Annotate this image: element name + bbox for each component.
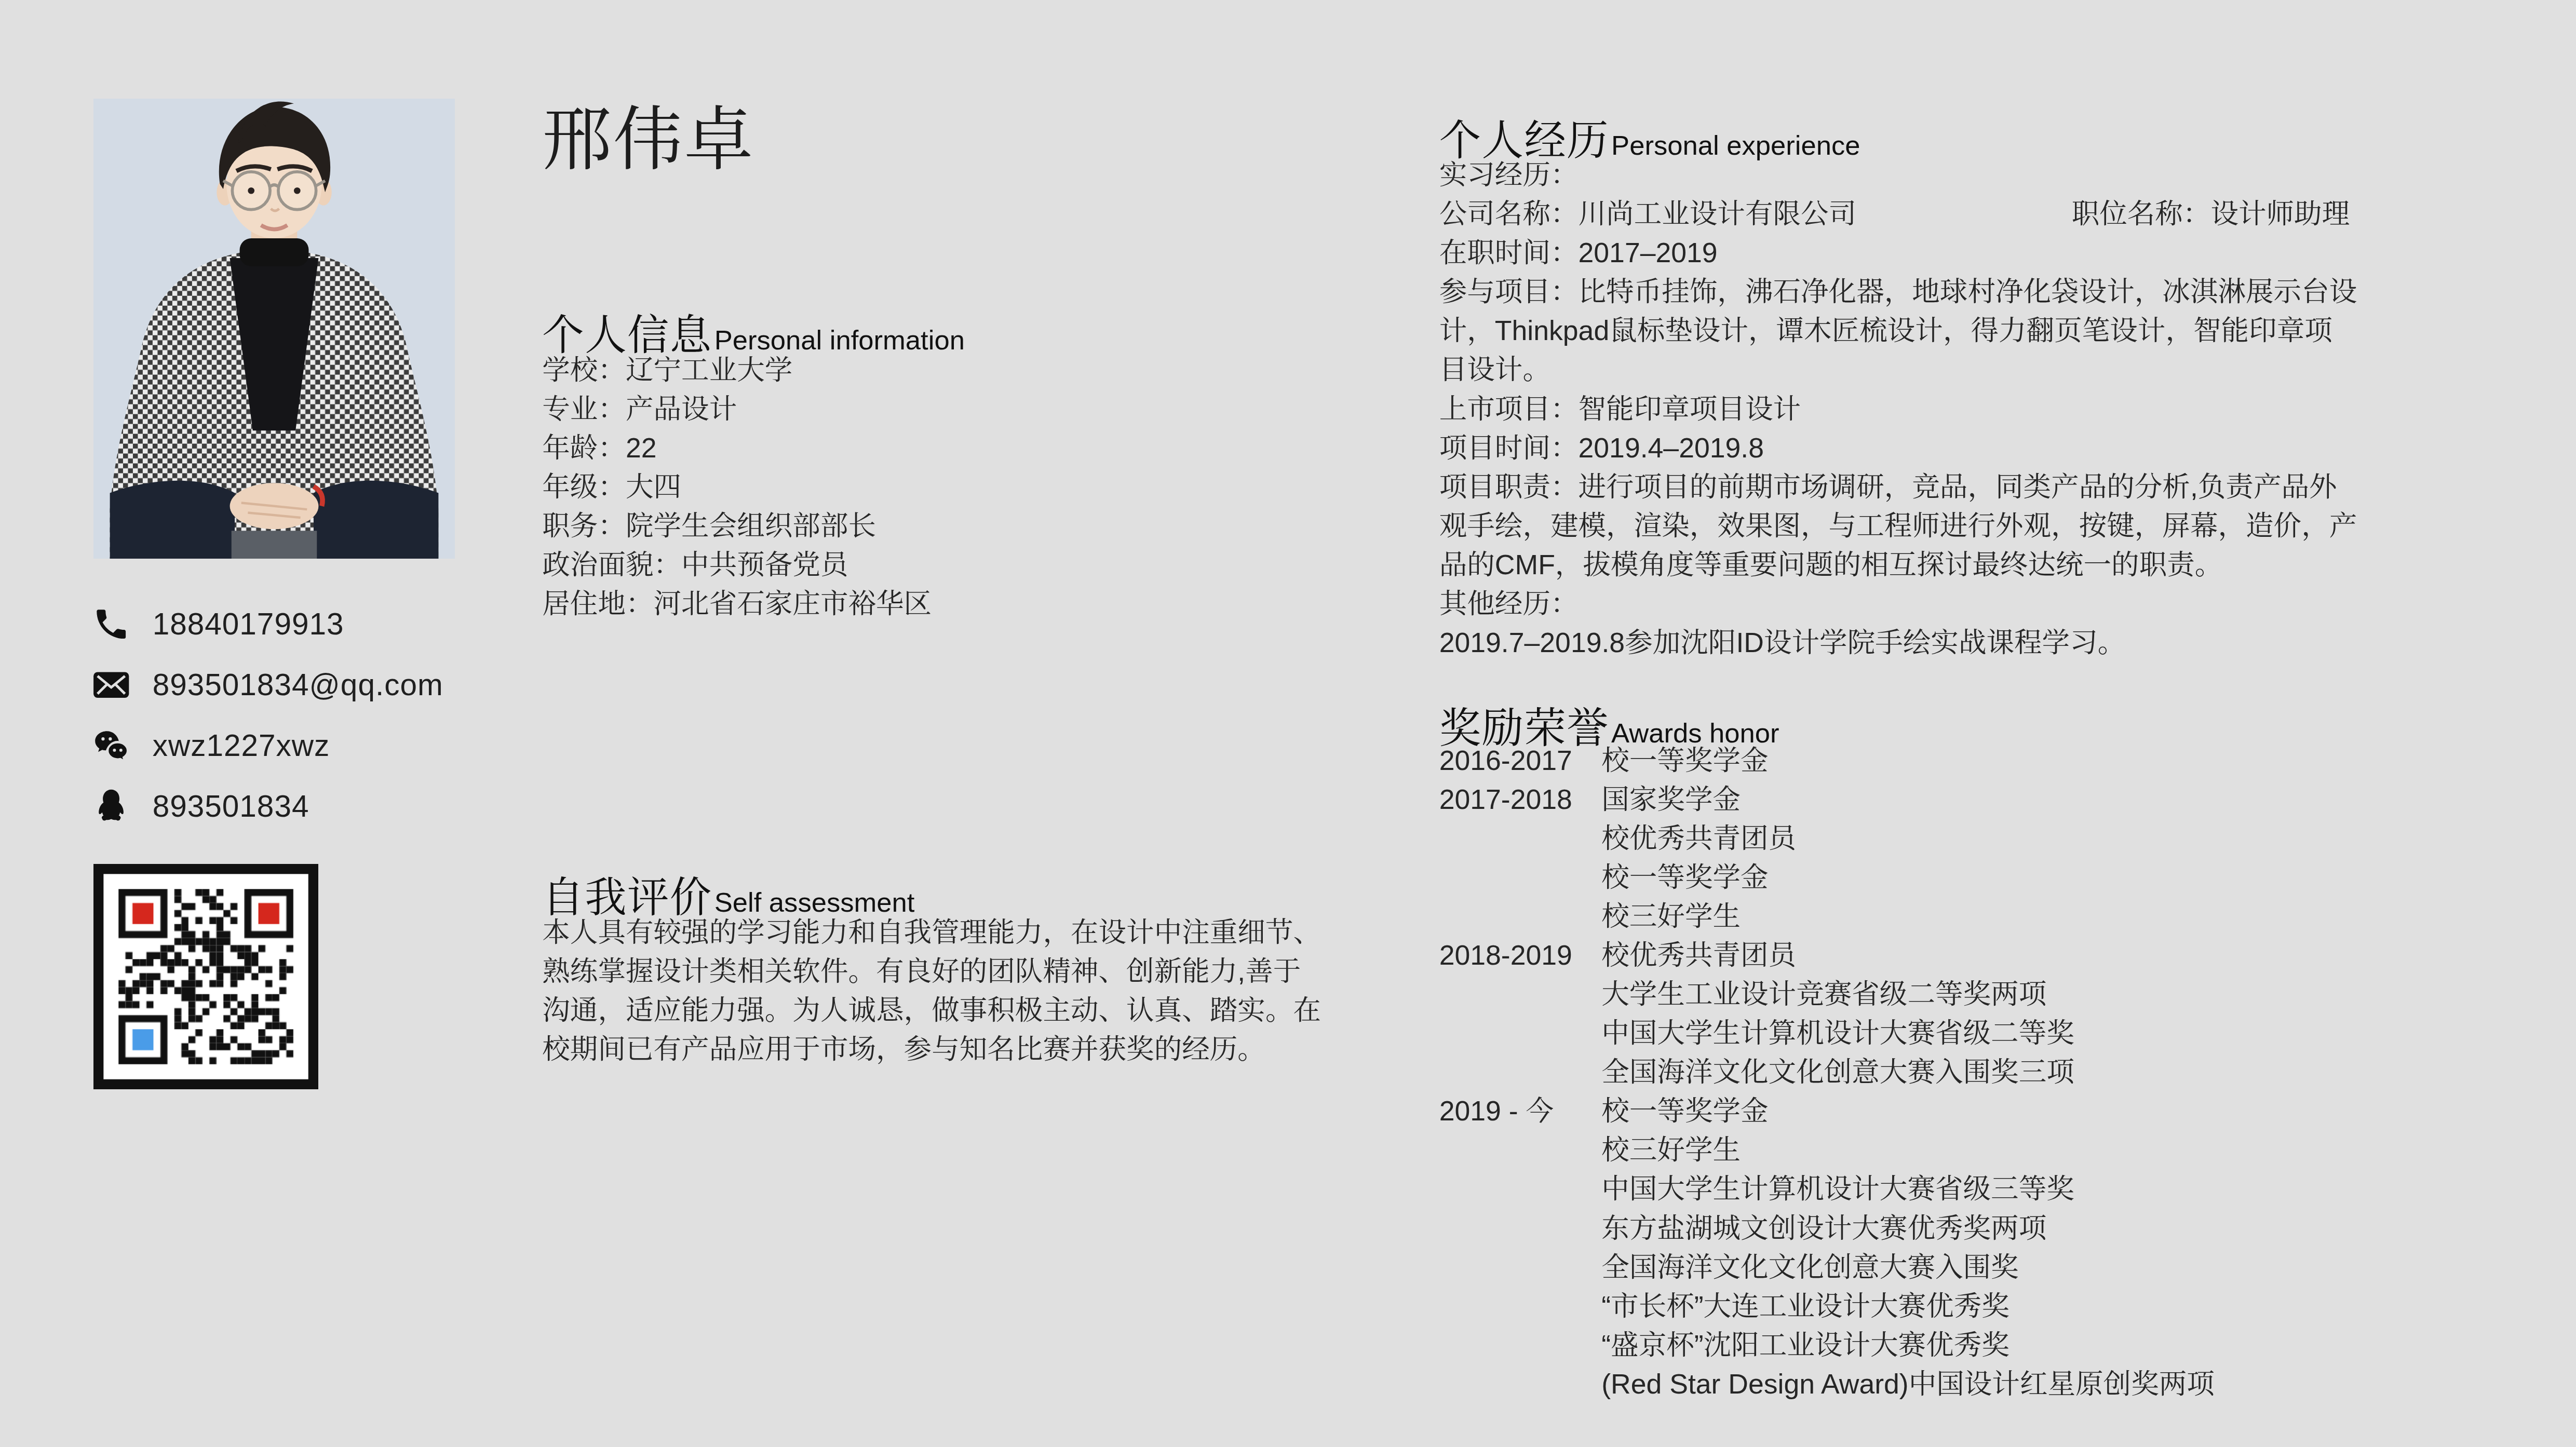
- project-time-row: 项目时间：2019.4–2019.8: [1439, 429, 2359, 468]
- self-assessment-body: 本人具有较强的学习能力和自我管理能力，在设计中注重细节、熟练掌握设计类相关软件。…: [542, 913, 1323, 1069]
- award-row: 校三好学生: [1439, 897, 2418, 936]
- award-period: [1439, 1131, 1602, 1170]
- award-period: [1439, 1326, 1602, 1365]
- launched-value: 智能印章项目设计: [1579, 394, 1801, 425]
- award-row: 2018-2019校优秀共青团员: [1439, 936, 2418, 975]
- award-period: [1439, 1209, 1602, 1248]
- phone-icon: [92, 605, 130, 643]
- info-label: 学校：: [542, 355, 626, 386]
- award-row: 校三好学生: [1439, 1131, 2418, 1170]
- award-item: 校三好学生: [1601, 897, 1741, 936]
- info-value: 22: [626, 433, 657, 464]
- award-period: [1439, 897, 1602, 936]
- award-period: [1439, 1014, 1602, 1053]
- contact-qq-row: 893501834: [92, 785, 309, 828]
- info-value: 大四: [626, 472, 681, 503]
- info-value: 辽宁工业大学: [626, 355, 792, 386]
- info-row-political: 政治面貌：中共预备党员: [542, 546, 932, 585]
- award-period: [1439, 1365, 1602, 1404]
- portrait-illustration: [93, 99, 455, 559]
- experience-block: 实习经历： 公司名称：川尚工业设计有限公司 职位名称：设计师助理 在职时间：20…: [1439, 156, 2359, 662]
- award-item: “盛京杯”沈阳工业设计大赛优秀奖: [1601, 1326, 2009, 1365]
- award-period: 2018-2019: [1439, 936, 1602, 975]
- award-item: 中国大学生计算机设计大赛省级三等奖: [1601, 1170, 2074, 1209]
- awards-list: 2016-2017校一等奖学金2017-2018国家奖学金校优秀共青团员校一等奖…: [1439, 741, 2418, 1404]
- duty-paragraph: 项目职责：进行项目的前期市场调研，竞品，同类产品的分析,负责产品外观手绘，建模，…: [1439, 468, 2359, 585]
- company-name: 公司名称：川尚工业设计有限公司: [1439, 199, 1856, 229]
- award-item: 中国大学生计算机设计大赛省级二等奖: [1601, 1014, 2074, 1053]
- award-period: 2017-2018: [1439, 780, 1602, 819]
- award-item: 校一等奖学金: [1601, 858, 1768, 897]
- info-label: 年龄：: [542, 433, 626, 464]
- award-period: [1439, 1287, 1602, 1326]
- project-time-label: 项目时间：: [1439, 433, 1579, 464]
- award-period: [1439, 1170, 1602, 1209]
- company-value: 川尚工业设计有限公司: [1579, 199, 1857, 229]
- projects-label: 参与项目：: [1439, 277, 1579, 307]
- award-row: 东方盐湖城文创设计大赛优秀奖两项: [1439, 1209, 2418, 1248]
- wechat-icon: [92, 726, 130, 765]
- award-row: 全国海洋文化文化创意大赛入围奖: [1439, 1248, 2418, 1287]
- award-item: 国家奖学金: [1601, 780, 1741, 819]
- candidate-name: 邢伟卓: [542, 100, 754, 180]
- info-row-grade: 年级：大四: [542, 468, 932, 507]
- info-value: 产品设计: [626, 394, 737, 425]
- award-row: 2016-2017校一等奖学金: [1439, 741, 2418, 780]
- award-item: 校三好学生: [1601, 1131, 1741, 1170]
- contact-phone-row: 18840179913: [92, 603, 344, 645]
- position-label: 职位名称：: [2072, 199, 2211, 229]
- personal-info-list: 学校：辽宁工业大学 专业：产品设计 年龄：22 年级：大四 职务：院学生会组织部…: [542, 351, 932, 624]
- internship-label: 实习经历：: [1439, 156, 2359, 195]
- company-label: 公司名称：: [1439, 199, 1579, 229]
- email-icon: [92, 666, 130, 704]
- phone-number: 18840179913: [153, 607, 344, 642]
- other-experience-value: 2019.7–2019.8参加沈阳ID设计学院手绘实战课程学习。: [1439, 624, 2359, 662]
- info-value: 中共预备党员: [681, 550, 848, 580]
- profile-photo: [93, 99, 455, 559]
- contact-email-row: 893501834@qq.com: [92, 664, 443, 706]
- award-item: 全国海洋文化文化创意大赛入围奖: [1601, 1248, 2018, 1287]
- contact-wechat-row: xwz1227xwz: [92, 724, 330, 767]
- position-value: 设计师助理: [2210, 199, 2350, 229]
- award-item: 东方盐湖城文创设计大赛优秀奖两项: [1601, 1209, 2046, 1248]
- info-label: 居住地：: [542, 589, 653, 619]
- info-value: 河北省石家庄市裕华区: [654, 589, 932, 619]
- tenure-label: 在职时间：: [1439, 238, 1579, 268]
- award-row: 大学生工业设计竞赛省级二等奖两项: [1439, 975, 2418, 1014]
- wechat-id: xwz1227xwz: [153, 728, 330, 763]
- award-row: 校优秀共青团员: [1439, 819, 2418, 858]
- award-row: 校一等奖学金: [1439, 858, 2418, 897]
- award-row: (Red Star Design Award)中国设计红星原创奖两项: [1439, 1365, 2418, 1404]
- qr-code-canvas: [93, 864, 318, 1089]
- qq-number: 893501834: [153, 789, 309, 824]
- award-row: “盛京杯”沈阳工业设计大赛优秀奖: [1439, 1326, 2418, 1365]
- projects-paragraph: 参与项目：比特币挂饰，沸石净化器，地球村净化袋设计，冰淇淋展示台设计，Think…: [1439, 273, 2359, 389]
- email-address: 893501834@qq.com: [153, 668, 443, 702]
- award-period: [1439, 1248, 1602, 1287]
- award-item: 大学生工业设计竞赛省级二等奖两项: [1601, 975, 2046, 1014]
- info-row-major: 专业：产品设计: [542, 390, 932, 429]
- info-label: 专业：: [542, 394, 626, 425]
- award-period: [1439, 819, 1602, 858]
- award-period: [1439, 975, 1602, 1014]
- award-row: 2017-2018国家奖学金: [1439, 780, 2418, 819]
- wechat-qr-code: [93, 864, 318, 1089]
- tenure-row: 在职时间：2017–2019: [1439, 234, 2359, 273]
- resume-page: 邢伟卓 个人信息Personal information 学校：辽宁工业大学 专…: [0, 0, 2576, 1447]
- info-row-age: 年龄：22: [542, 429, 932, 468]
- launched-row: 上市项目：智能印章项目设计: [1439, 390, 2359, 429]
- award-row: 中国大学生计算机设计大赛省级二等奖: [1439, 1014, 2418, 1053]
- award-period: 2019 - 今: [1439, 1092, 1602, 1131]
- info-row-residence: 居住地：河北省石家庄市裕华区: [542, 585, 932, 624]
- tenure-value: 2017–2019: [1579, 238, 1718, 268]
- info-label: 政治面貌：: [542, 550, 681, 580]
- award-row: 2019 - 今校一等奖学金: [1439, 1092, 2418, 1131]
- info-label: 年级：: [542, 472, 626, 503]
- duty-label: 项目职责：: [1439, 472, 1579, 503]
- award-row: 中国大学生计算机设计大赛省级三等奖: [1439, 1170, 2418, 1209]
- award-item: 全国海洋文化文化创意大赛入围奖三项: [1601, 1053, 2074, 1092]
- award-row: 全国海洋文化文化创意大赛入围奖三项: [1439, 1053, 2418, 1092]
- award-period: [1439, 1053, 1602, 1092]
- award-row: “市长杯”大连工业设计大赛优秀奖: [1439, 1287, 2418, 1326]
- award-item: (Red Star Design Award)中国设计红星原创奖两项: [1601, 1365, 2215, 1404]
- award-item: “市长杯”大连工业设计大赛优秀奖: [1601, 1287, 2009, 1326]
- project-time-value: 2019.4–2019.8: [1579, 433, 1764, 464]
- info-row-duty: 职务：院学生会组织部部长: [542, 507, 932, 546]
- info-value: 院学生会组织部部长: [626, 511, 876, 542]
- info-label: 职务：: [542, 511, 626, 542]
- award-period: 2016-2017: [1439, 741, 1602, 780]
- award-period: [1439, 858, 1602, 897]
- info-row-school: 学校：辽宁工业大学: [542, 351, 932, 390]
- award-item: 校一等奖学金: [1601, 741, 1768, 780]
- qq-icon: [92, 787, 130, 826]
- award-item: 校一等奖学金: [1601, 1092, 1768, 1131]
- launched-label: 上市项目：: [1439, 394, 1579, 425]
- award-item: 校优秀共青团员: [1601, 819, 1796, 858]
- award-item: 校优秀共青团员: [1601, 936, 1796, 975]
- company-row: 公司名称：川尚工业设计有限公司 职位名称：设计师助理: [1439, 195, 2359, 234]
- other-experience-label: 其他经历：: [1439, 585, 2359, 624]
- position-name: 职位名称：设计师助理: [2072, 195, 2350, 234]
